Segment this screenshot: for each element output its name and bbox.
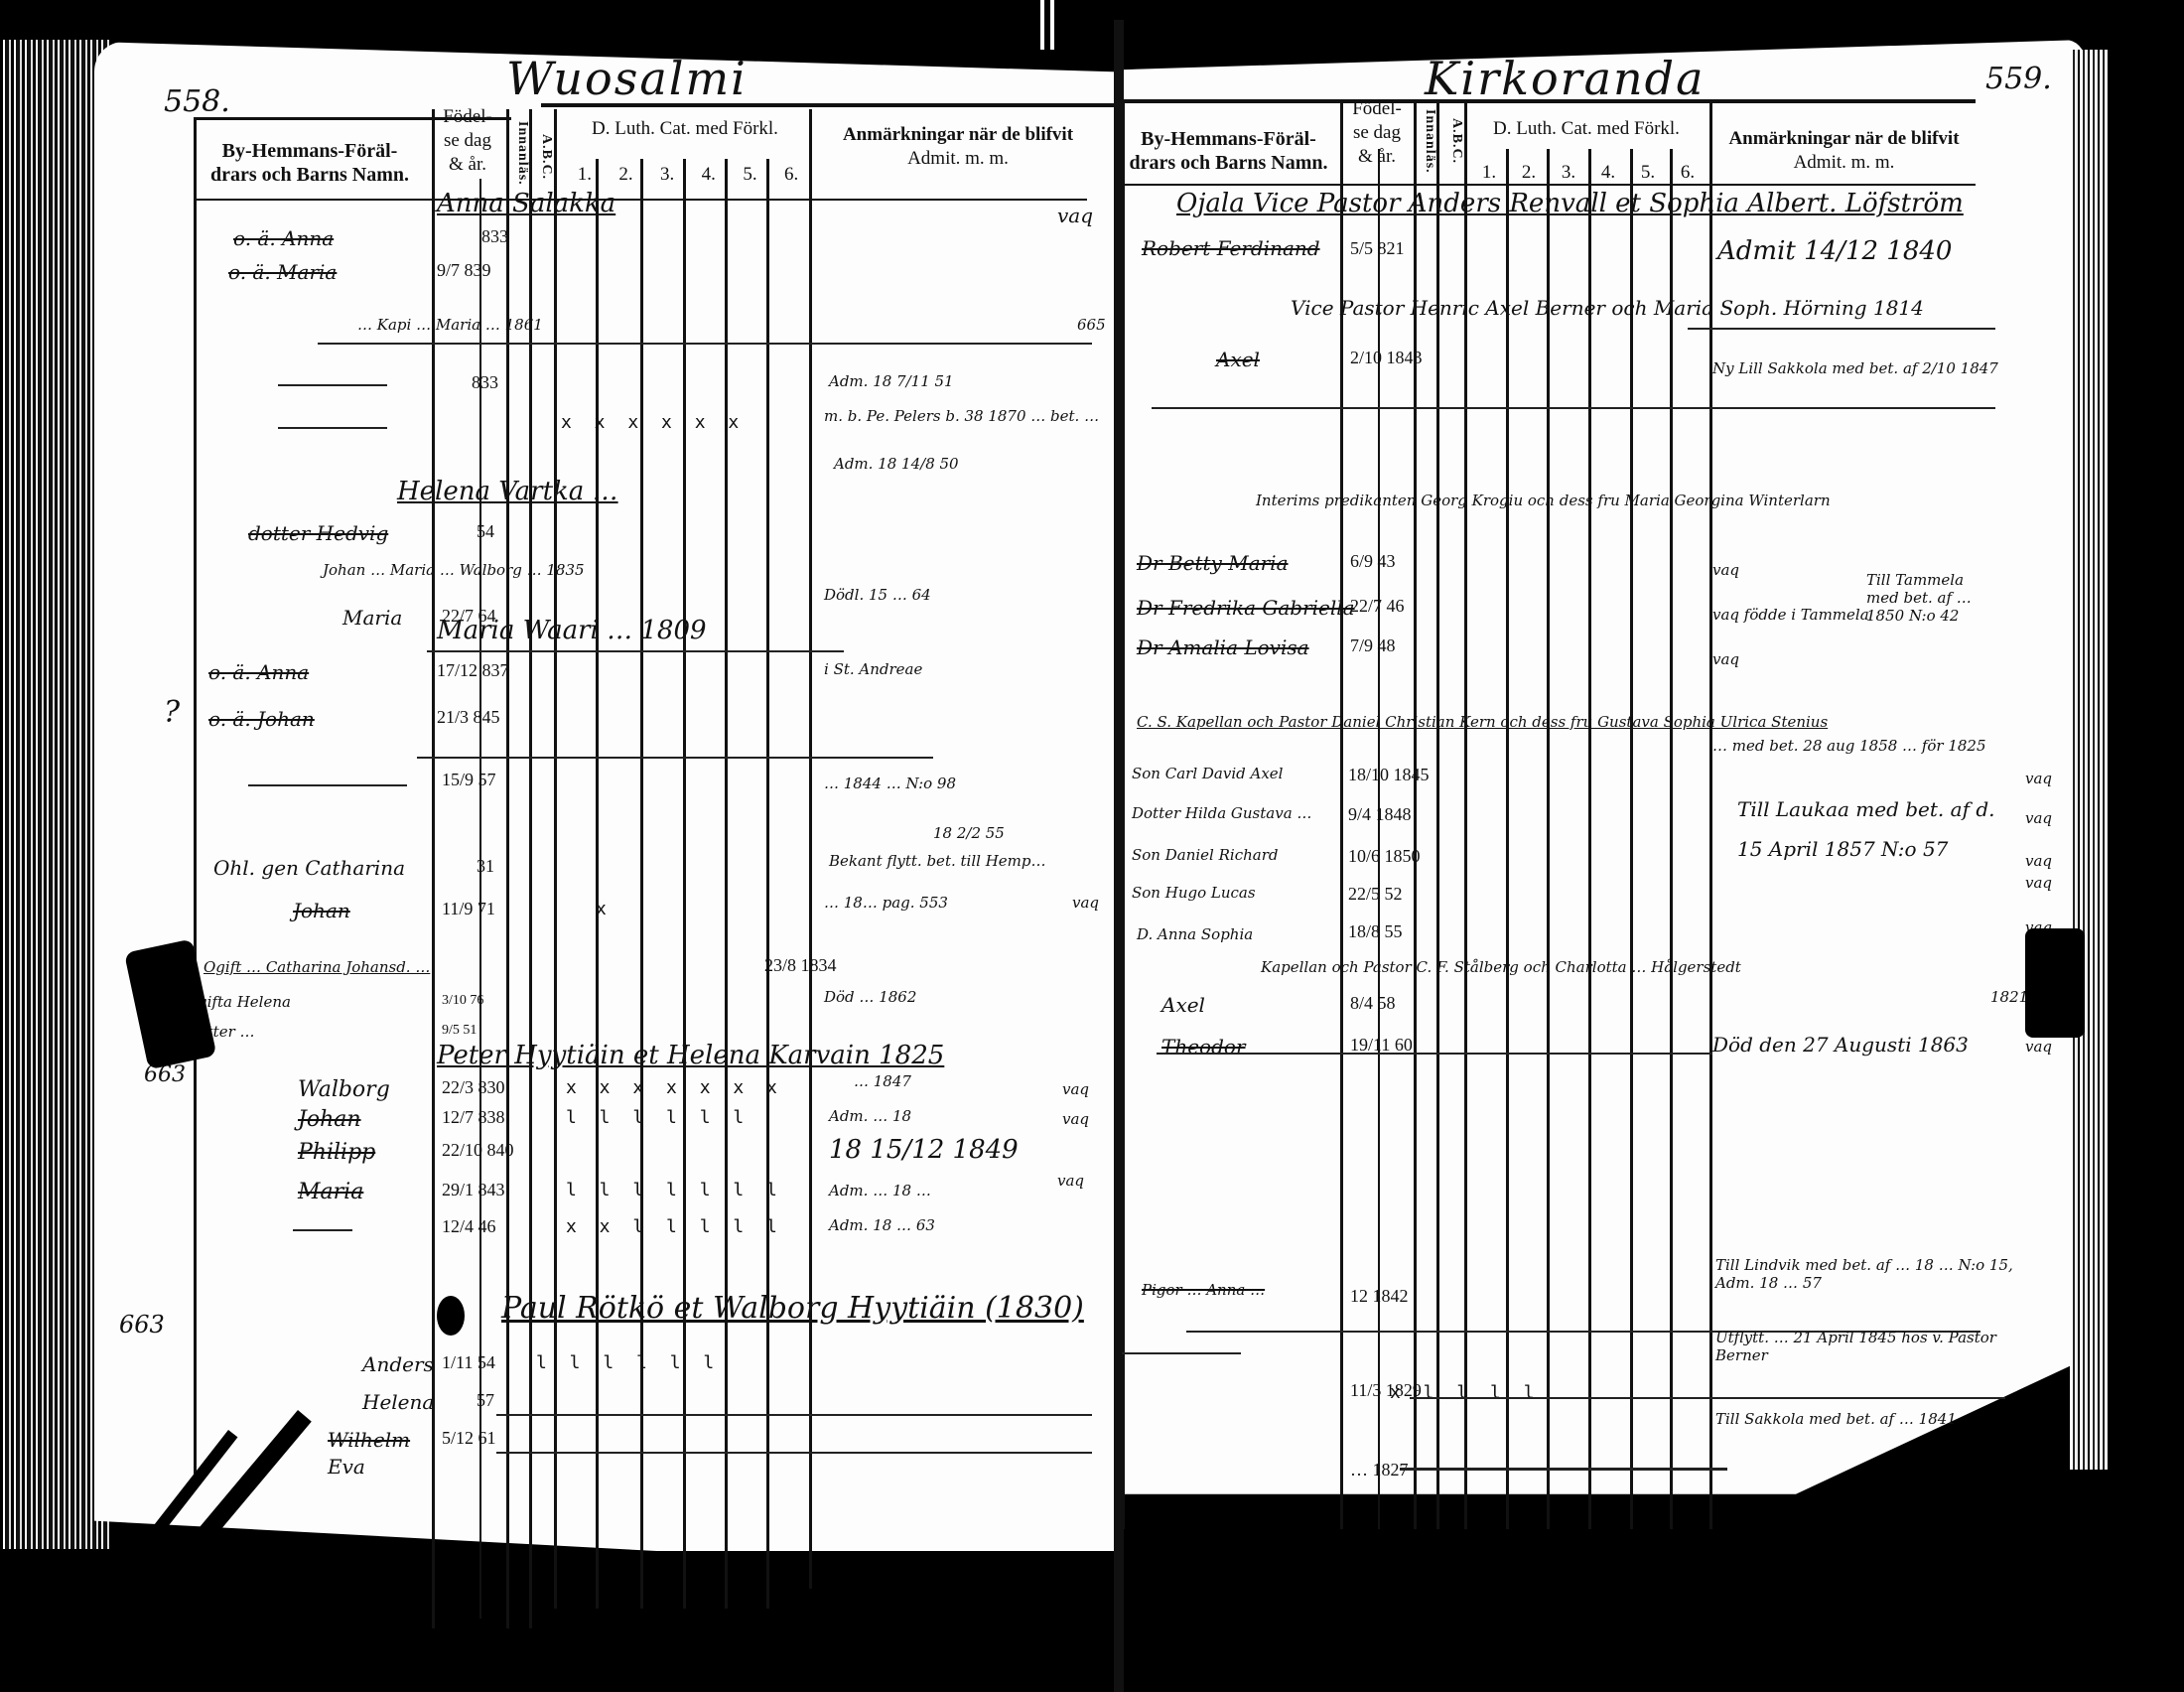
birth-date: 6/9 43: [1350, 551, 1396, 572]
margin-number: 663: [119, 1311, 165, 1339]
birth-date: 12/7 838: [442, 1107, 505, 1128]
catechism-marks: x l l l l: [1390, 1382, 1541, 1403]
col-line: [683, 159, 686, 1609]
remark: Adm. 18 7/11 51: [829, 372, 954, 390]
family-heading: Paul Rötkö et Walborg Hyytiäin (1830): [501, 1291, 1084, 1326]
remark: Adm. … 18 …: [829, 1182, 931, 1199]
remark-far-right: vaq: [1062, 1110, 1089, 1128]
remark: 18 15/12 1849: [829, 1135, 1019, 1165]
header-line: se dag: [433, 129, 502, 153]
birth-date: 1/11 54: [442, 1352, 495, 1373]
person-name: o. ä. Anna: [208, 660, 309, 684]
header-line: Admit. m. m.: [819, 147, 1097, 171]
birth-date: 31: [477, 856, 494, 877]
birth-date: 2/10 1843: [1350, 348, 1423, 368]
right-village-name: Kirkoranda: [1425, 52, 1706, 105]
left-header-name: By-Hemmans-Föräl- drars och Barns Namn.: [191, 139, 429, 187]
person-name: Johan: [293, 899, 350, 922]
col-line: [640, 159, 643, 1609]
birth-date: 23/8 1834: [764, 955, 837, 976]
remark: Adm. 18 14/8 50: [834, 455, 959, 473]
cat-col-4: 4.: [702, 163, 716, 187]
book-spine-gap: [1032, 0, 1062, 50]
remark-far-right: vaq: [1057, 204, 1093, 227]
remark: Adm. 18 … 63: [829, 1216, 935, 1234]
remark: Adm. … 18: [829, 1107, 911, 1125]
cat-col-3: 3.: [1562, 161, 1575, 185]
person-name: Philipp: [298, 1140, 375, 1165]
birth-date: 22/5 52: [1348, 884, 1403, 905]
header-line: Anmärkningar när de blifvit: [1707, 127, 1980, 151]
header-line: & år.: [1342, 145, 1412, 169]
person-name: Son Carl David Axel: [1132, 765, 1283, 782]
birth-date: 833: [481, 226, 508, 247]
remark: Ny Lill Sakkola med bet. af 2/10 1847: [1712, 359, 1998, 377]
remark: 1821: [1990, 988, 2028, 1006]
remark: Död den 27 Augusti 1863: [1712, 1033, 1969, 1057]
remark-far-right: vaq: [2025, 770, 2052, 787]
header-line: Födel-: [433, 105, 502, 129]
person-name: Dr Fredrika Gabriella: [1137, 596, 1355, 620]
right-header-remarks: Anmärkningar när de blifvit Admit. m. m.: [1707, 127, 1980, 175]
person-name: Walborg: [298, 1077, 390, 1102]
catechism-marks: x x l l l l l: [566, 1216, 783, 1237]
person-name: Eva: [328, 1455, 365, 1479]
remark-far-right: vaq: [1057, 1172, 1084, 1190]
remark: i St. Andreae: [824, 660, 922, 678]
birth-date: 12 1842: [1350, 1286, 1409, 1307]
birth-date: 9/5 51: [442, 1023, 477, 1039]
birth-date: 5/12 61: [442, 1428, 496, 1449]
remark: Utflytt. … 21 April 1845 hos v. Pastor B…: [1715, 1329, 2013, 1364]
col-line: [554, 109, 557, 1609]
birth-date: 17/12 837: [437, 660, 509, 681]
row-rule: [417, 757, 933, 759]
family-heading: Kapellan och Pastor C. F. Stålberg och C…: [1261, 958, 1741, 976]
family-heading: Vice Pastor Henric Axel Berner och Maria…: [1291, 296, 1924, 320]
family-heading: Interims predikanten Georg Krogiu och de…: [1256, 492, 1831, 509]
col-line: [725, 159, 728, 1609]
remark: … 1844 … N:o 98: [824, 775, 956, 792]
header-line: drars och Barns Namn.: [1117, 151, 1340, 175]
remark-far-right: vaq: [2025, 1038, 2052, 1056]
catechism-marks: x x x x x x: [561, 412, 745, 433]
birth-date: 7/9 48: [1350, 635, 1396, 656]
left-header-remarks: Anmärkningar när de blifvit Admit. m. m.: [819, 123, 1097, 171]
person-name: Theodor: [1161, 1035, 1246, 1058]
row-rule: [1157, 1053, 1712, 1055]
remark-far-right: vaq: [2025, 809, 2052, 827]
right-header-name: By-Hemmans-Föräl- drars och Barns Namn.: [1117, 127, 1340, 175]
person-name: Son Hugo Lucas: [1132, 884, 1256, 902]
birth-date: 22/7 46: [1350, 596, 1405, 617]
remark: vaq: [1712, 650, 1739, 668]
cat-col-3: 3.: [660, 163, 674, 187]
person-name: Pigor … Anna …: [1142, 1281, 1265, 1299]
col-line: [529, 109, 532, 1628]
person-name: o. ä. Maria: [228, 260, 337, 284]
person-name: Dr Betty Maria: [1137, 551, 1289, 575]
person-name: Ohl. gen Catharina: [213, 856, 405, 880]
right-page-number: 559.: [1985, 62, 2052, 96]
family-heading: Peter Hyytiäin et Helena Karvain 1825: [437, 1041, 944, 1070]
row-rule: [496, 1414, 1092, 1416]
birth-date: 18/8 55: [1348, 921, 1403, 942]
person-name: o. ä. Johan: [208, 707, 315, 731]
birth-date: 10/6 1850: [1348, 846, 1421, 867]
remark: Dödl. 15 … 64: [824, 586, 931, 604]
row-rule: [1152, 407, 1995, 409]
remark: Död … 1862: [824, 988, 916, 1006]
family-heading: Anna Salakka: [437, 189, 615, 218]
struck-name: [1122, 1352, 1241, 1354]
cat-col-6: 6.: [784, 163, 798, 187]
person-name: Dr Amalia Lovisa: [1137, 635, 1309, 659]
row-rule: [1688, 328, 1995, 330]
person-name: Maria: [298, 1180, 363, 1204]
person-name: Ogift … Catharina Johansd. …: [204, 958, 430, 976]
birth-date: 12/4 46: [442, 1216, 496, 1237]
remark: Till Laukaa med bet. af d. 15 April 1857…: [1737, 789, 2005, 869]
person-name: Wilhelm: [328, 1428, 410, 1452]
catechism-marks: l l l l l l: [536, 1352, 720, 1373]
remark: Till Sakkola med bet. af … 1841: [1715, 1410, 1957, 1428]
birth-date: 29/1 843: [442, 1180, 505, 1200]
header-top-rule: [1122, 99, 1976, 103]
cat-col-5: 5.: [743, 163, 756, 187]
birth-date: 11/9 71: [442, 899, 495, 919]
remark: Till Lindvik med bet. af … 18 … N:o 15, …: [1715, 1256, 2013, 1292]
header-line: Admit. m. m.: [1707, 151, 1980, 175]
family-heading: C. S. Kapellan och Pastor Daniel Christi…: [1137, 713, 1828, 731]
family-heading: Helena Vartka …: [397, 477, 618, 506]
struck-name: [248, 784, 407, 786]
col-line: [1506, 149, 1509, 1529]
person-name: Axel: [1216, 348, 1260, 371]
person-name: Helena: [362, 1390, 434, 1414]
birth-date: 18/10 1845: [1348, 765, 1430, 785]
birth-date: 22/3 830: [442, 1077, 505, 1098]
remark-far-right: vaq: [2025, 852, 2052, 870]
remark: Admit 14/12 1840: [1717, 236, 1952, 266]
birth-date: 21/3 845: [437, 707, 500, 728]
heading-line: Johan … Maria … Walborg … 1835: [323, 561, 585, 579]
col-line: [1670, 149, 1673, 1529]
birth-date: 5/5 821: [1350, 238, 1405, 259]
catechism-marks: l l l l l l l: [566, 1180, 783, 1200]
cat-col-6: 6.: [1681, 161, 1695, 185]
row-rule: [496, 1452, 1092, 1454]
remark: vaq födde i Tammela: [1712, 606, 1869, 624]
header-top-rule: [541, 103, 1117, 107]
margin-question-mark: ?: [164, 695, 180, 730]
struck-name: [278, 384, 387, 386]
row-rule: [1410, 1397, 2005, 1399]
family-heading: Maria Waari … 1809: [437, 616, 707, 645]
remark-far-right: vaq: [2025, 874, 2052, 892]
left-header-catechism: D. Luth. Cat. med Förkl.: [556, 117, 814, 141]
col-line: [1122, 99, 1125, 1529]
person-name: Maria: [342, 606, 402, 630]
header-line: Anmärkningar när de blifvit: [819, 123, 1097, 147]
remark: vaq: [1712, 561, 1739, 579]
left-page-number: 558.: [164, 84, 230, 119]
row-rule: [1400, 1468, 1727, 1471]
struck-name: [278, 427, 387, 429]
header-line: By-Hemmans-Föräl-: [1117, 127, 1340, 151]
birth-date: 22/10 840: [442, 1140, 514, 1161]
remark: … 18… pag. 553: [824, 894, 948, 912]
struck-name: [293, 1229, 352, 1231]
col-line: [506, 109, 509, 1628]
heading-line: … Kapi … Maria … 1861: [357, 316, 543, 334]
birth-date: 54: [477, 521, 494, 542]
cat-col-4: 4.: [1601, 161, 1615, 185]
remark-far-right: vaq: [1062, 1080, 1089, 1098]
col-line: [1630, 149, 1633, 1529]
row-rule: [318, 343, 1092, 345]
remark: Bekant flytt. bet. till Hemp…: [829, 852, 1045, 870]
book-right-edge: [2070, 50, 2110, 1470]
birth-date: 9/4 1848: [1348, 804, 1412, 825]
person-name: Dotter Hilda Gustava …: [1132, 804, 1311, 822]
header-line: se dag: [1342, 121, 1412, 145]
remark-far-right: vaq: [1072, 894, 1099, 912]
catechism-marks: x: [596, 899, 613, 919]
catechism-marks: x x x x x x x: [566, 1077, 783, 1098]
person-name: dotter Hedvig: [248, 521, 388, 545]
person-name: Axel: [1161, 993, 1205, 1017]
remark: 18 2/2 55: [933, 824, 1005, 842]
birth-date: 9/7 839: [437, 260, 491, 281]
cat-col-2: 2.: [1522, 161, 1536, 185]
remark: m. b. Pe. Pelers b. 38 1870 … bet. …: [824, 407, 1099, 425]
col-line: [1547, 149, 1550, 1529]
cat-col-1: 1.: [1482, 161, 1496, 185]
note: Till Tammela med bet. af … 1850 N:o 42: [1866, 571, 1995, 625]
birth-date: 8/4 58: [1350, 993, 1396, 1014]
header-line: Födel-: [1342, 97, 1412, 121]
col-line: [194, 119, 197, 1489]
birth-date: 15/9 57: [442, 770, 496, 790]
cat-col-1: 1.: [578, 163, 592, 187]
birth-date: 833: [472, 372, 498, 393]
header-line: drars och Barns Namn.: [191, 163, 429, 187]
ink-blot: [437, 1296, 465, 1336]
birth-date: 3/10 76: [442, 993, 483, 1009]
person-name: o. ä. Anna: [233, 226, 334, 250]
left-header-cat-cols: 1. 2. 3. 4. 5. 6.: [564, 163, 812, 187]
book-left-edge: [0, 40, 109, 1549]
catechism-marks: l l l l l l: [566, 1107, 750, 1128]
left-village-name: Wuosalmi: [506, 52, 748, 105]
birth-date: 57: [477, 1390, 494, 1411]
cat-col-5: 5.: [1641, 161, 1655, 185]
family-heading: Ojala Vice Pastor Anders Renvall et Soph…: [1176, 189, 1964, 218]
remark: … 1847: [854, 1072, 911, 1090]
remark-far-right: 665: [1077, 316, 1106, 334]
header-line: By-Hemmans-Föräl-: [191, 139, 429, 163]
left-header-birth: Födel- se dag & år.: [433, 105, 502, 177]
person-name: D. Anna Sophia: [1137, 925, 1253, 943]
person-name: Anders: [362, 1352, 434, 1376]
person-name: Son Daniel Richard: [1132, 846, 1278, 864]
right-header-catechism: D. Luth. Cat. med Förkl.: [1467, 117, 1706, 141]
col-line: [766, 159, 769, 1609]
right-header-birth: Födel- se dag & år.: [1342, 97, 1412, 169]
bookmark-ribbon: [2025, 928, 2085, 1038]
row-rule: [427, 650, 844, 652]
col-line: [809, 109, 812, 1589]
header-line: & år.: [433, 153, 502, 177]
person-name: Johan: [298, 1107, 361, 1132]
remark: … med bet. 28 aug 1858 … för 1825: [1712, 737, 1986, 755]
cat-col-2: 2.: [618, 163, 632, 187]
person-name: Robert Ferdinand: [1142, 236, 1320, 260]
col-line: [1588, 149, 1591, 1529]
col-line: [596, 159, 599, 1609]
